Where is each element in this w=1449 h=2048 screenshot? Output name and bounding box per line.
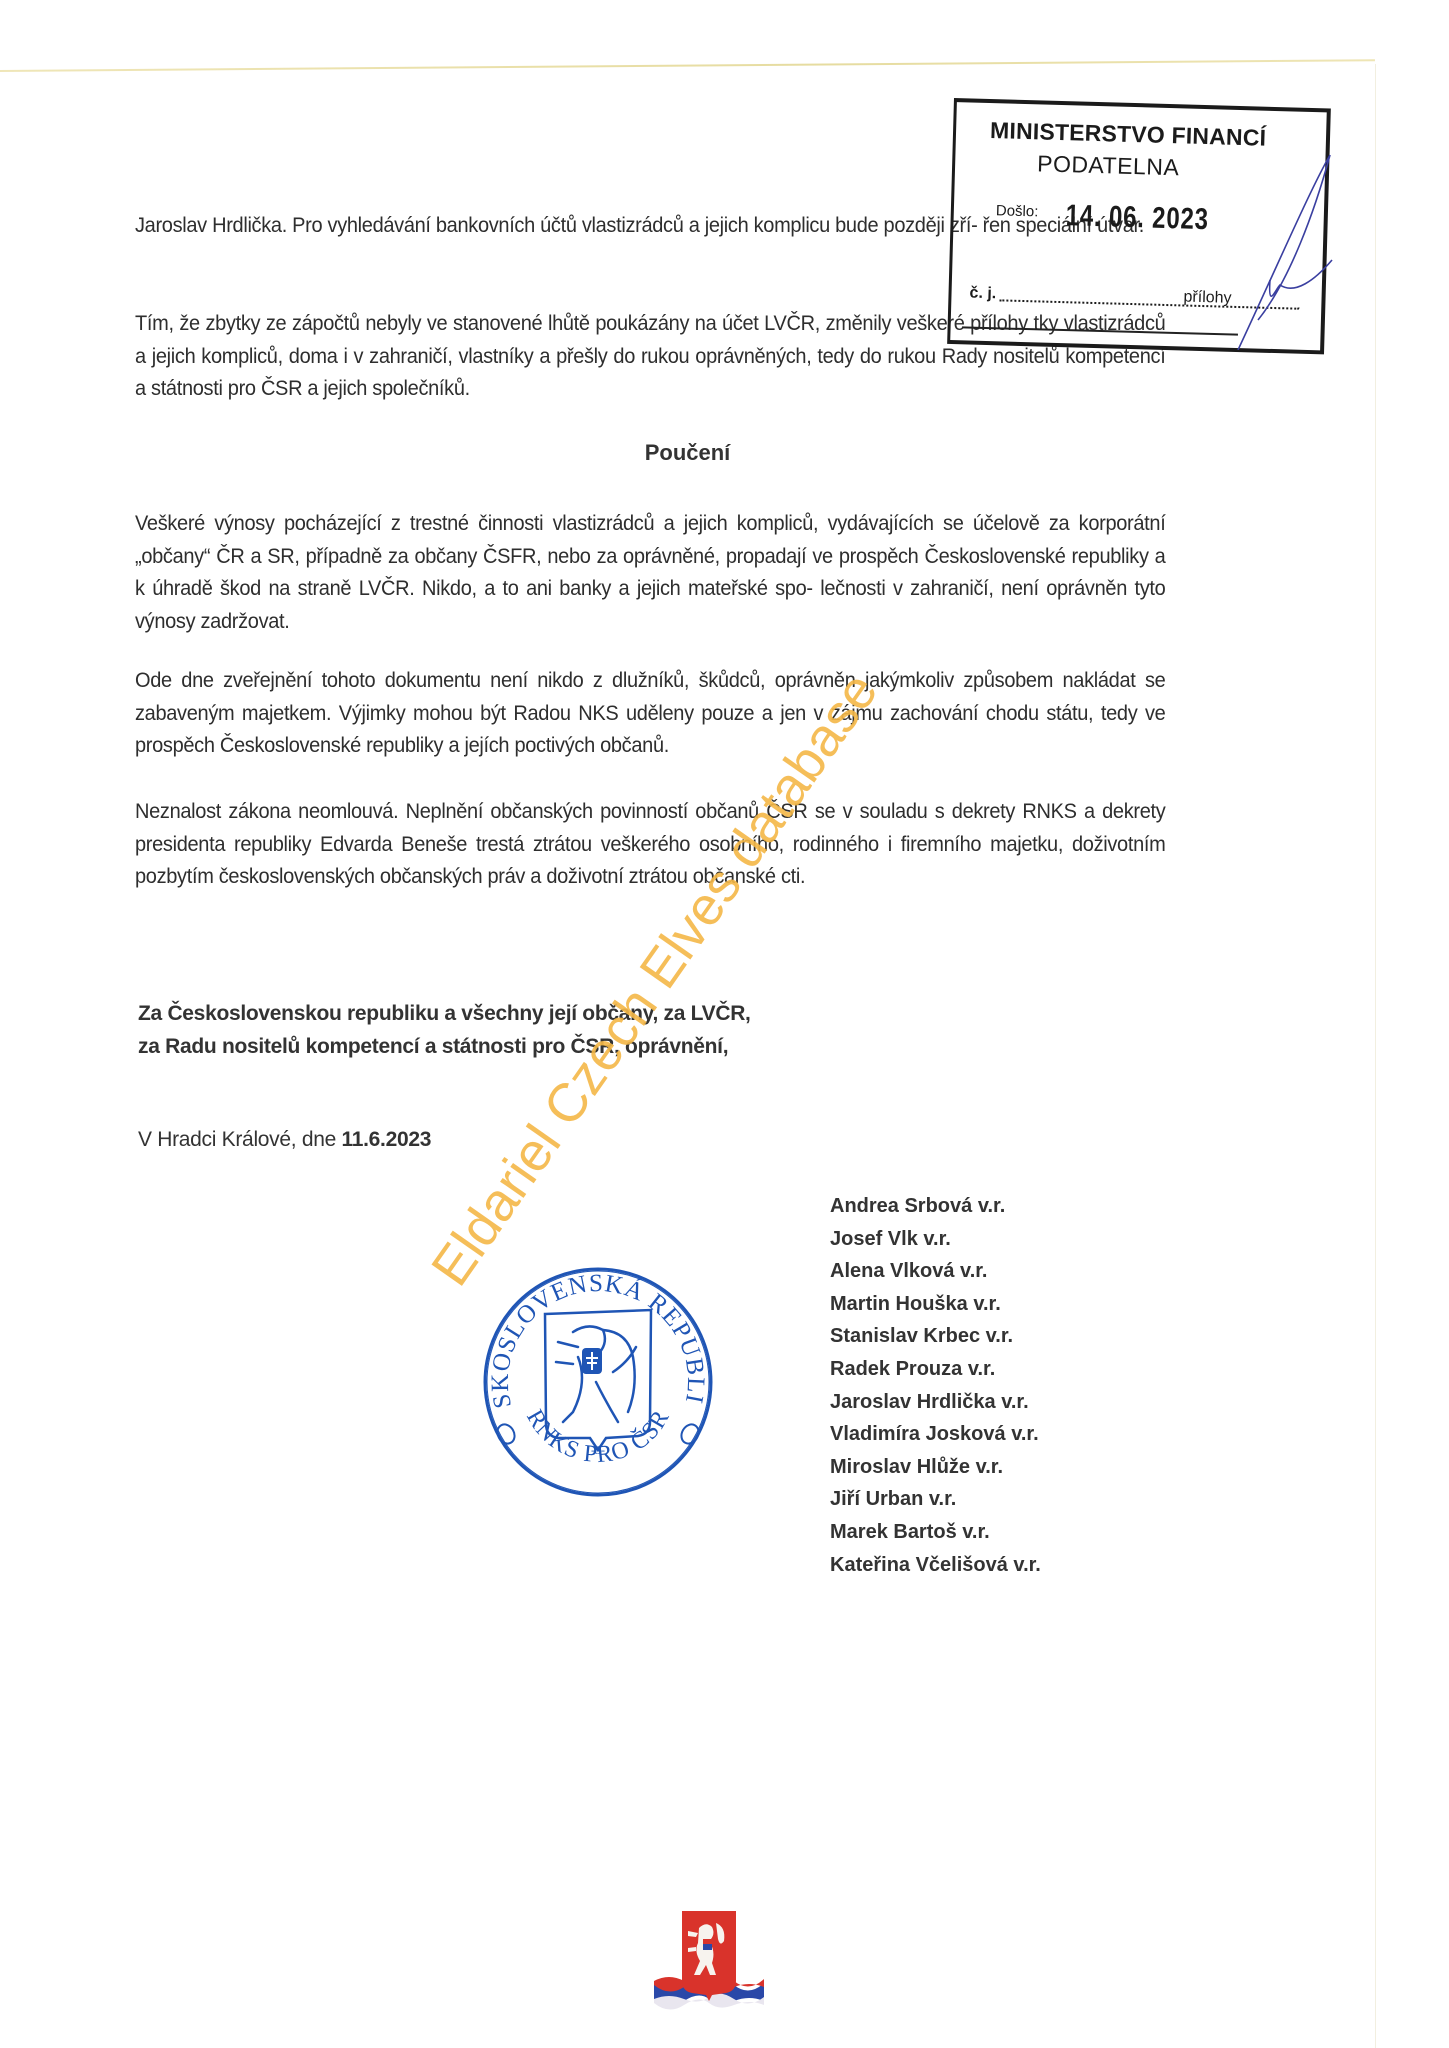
page-top-edge: [0, 59, 1375, 72]
signatory-list: Andrea Srbová v.r. Josef Vlk v.r. Alena …: [830, 1190, 1041, 1581]
stamp-title: MINISTERSTVO FINANCÍ: [990, 117, 1267, 152]
paragraph-proceeds: Veškeré výnosy pocházející z trestné čin…: [135, 507, 1165, 637]
signatory: Josef Vlk v.r.: [830, 1223, 1041, 1256]
seal-number: -5-: [591, 1443, 605, 1457]
paragraph-text: Neznalost zákona neomlouvá. Neplnění obč…: [135, 795, 1165, 893]
paragraph-ignorance-of-law: Neznalost zákona neomlouvá. Neplnění obč…: [135, 795, 1165, 893]
signatory: Vladimíra Josková v.r.: [830, 1418, 1041, 1451]
paragraph-seized-assets: Ode dne zveřejnění tohoto dokumentu není…: [135, 664, 1165, 762]
page-right-edge: [1375, 64, 1376, 2048]
handwritten-signature-icon: [1230, 150, 1350, 350]
signatory: Marek Bartoš v.r.: [830, 1516, 1041, 1549]
svg-text:ČESKOSLOVENSKÁ REPUBLIKA: ČESKOSLOVENSKÁ REPUBLIKA: [478, 1262, 709, 1411]
stamp-received-date: 14. 06. 2023: [1065, 199, 1209, 237]
place-and-date: V Hradci Králové, dne 11.6.2023: [138, 1128, 431, 1152]
state-emblem-icon: [654, 1903, 764, 2013]
signatory: Miroslav Hlůže v.r.: [830, 1451, 1041, 1484]
stamp-attachments-label: přílohy: [1183, 288, 1232, 307]
date: 11.6.2023: [342, 1128, 432, 1151]
signatory: Andrea Srbová v.r.: [830, 1190, 1041, 1223]
round-seal-icon: ČESKOSLOVENSKÁ REPUBLIKA RNKS PRO ČSR -5…: [478, 1262, 718, 1502]
signatory: Stanislav Krbec v.r.: [830, 1320, 1041, 1353]
seal-ring-text: ČESKOSLOVENSKÁ REPUBLIKA: [478, 1262, 709, 1411]
place: V Hradci Králové, dne: [138, 1128, 342, 1151]
seal-bottom-text: RNKS PRO ČSR: [521, 1405, 675, 1468]
stamp-ref-label: č. j.: [969, 285, 996, 304]
signatory: Martin Houška v.r.: [830, 1288, 1041, 1321]
closing-line-2: za Radu nositelů kompetencí a státnosti …: [138, 1030, 751, 1063]
signatory: Jiří Urban v.r.: [830, 1483, 1041, 1516]
paragraph-text: Ode dne zveřejnění tohoto dokumentu není…: [135, 664, 1165, 762]
svg-text:RNKS PRO ČSR: RNKS PRO ČSR: [521, 1405, 675, 1468]
signatory: Jaroslav Hrdlička v.r.: [830, 1386, 1041, 1419]
signatory: Kateřina Včelišová v.r.: [830, 1549, 1041, 1582]
stamp-received-label: Došlo:: [996, 202, 1039, 220]
signatory: Alena Vlková v.r.: [830, 1255, 1041, 1288]
stamp-subtitle: PODATELNA: [1037, 150, 1180, 181]
signatory: Radek Prouza v.r.: [830, 1353, 1041, 1386]
section-heading: Poučení: [0, 440, 1375, 466]
paragraph-text: Veškeré výnosy pocházející z trestné čin…: [135, 507, 1165, 637]
